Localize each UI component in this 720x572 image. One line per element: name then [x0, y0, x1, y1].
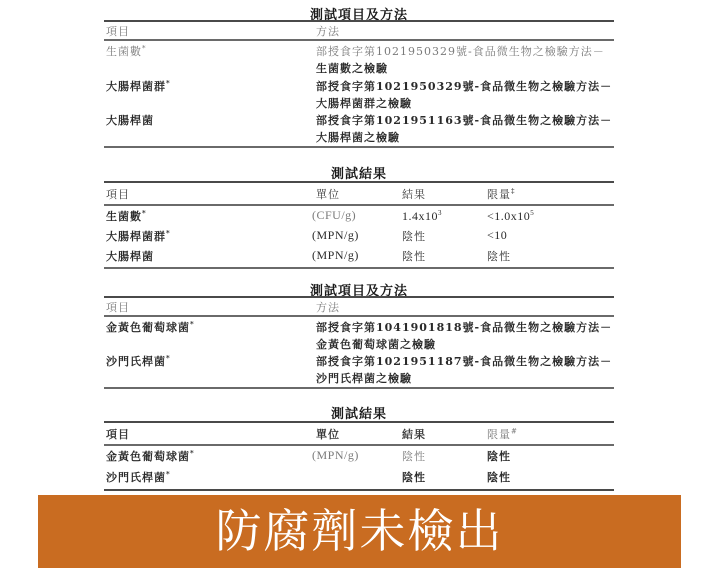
table1-row-method-line2: 大腸桿菌群之檢驗: [316, 95, 412, 111]
table1-row-method-line2: 大腸桿菌之檢驗: [316, 129, 400, 145]
table4-row-item: 金黃色葡萄球菌*: [106, 448, 195, 464]
table2-row-limit: 陰性: [487, 248, 511, 264]
table2-header-limit: 限量‡: [487, 186, 516, 202]
table3-top-rule: [104, 296, 614, 298]
table4-header-item: 項目: [106, 426, 130, 442]
table1-header-item: 項目: [106, 23, 130, 39]
table2-row-item: 生菌數*: [106, 208, 147, 224]
preservative-not-detected-banner: 防腐劑未檢出: [38, 495, 681, 568]
table3-row-method-line2: 沙門氏桿菌之檢驗: [316, 370, 412, 386]
table4-row-item: 沙門氏桿菌*: [106, 469, 171, 485]
table4-row-result: 陰性: [402, 448, 426, 464]
table4-header-unit: 單位: [316, 426, 340, 442]
table4-top-rule: [104, 421, 614, 423]
table3-header-item: 項目: [106, 299, 130, 315]
table2-header-rule: [104, 204, 614, 206]
table4-header-rule: [104, 444, 614, 446]
table2-row-item: 大腸桿菌: [106, 248, 154, 264]
table3-header-rule: [104, 315, 614, 317]
table1-row-method-line1: 部授食字第1021950329號-食品微生物之檢驗方法－: [316, 78, 612, 94]
table4-row-result: 陰性: [402, 469, 426, 485]
table2-row-item: 大腸桿菌群*: [106, 228, 171, 244]
table1-row-item: 大腸桿菌: [106, 112, 154, 128]
table2-row-result: 陰性: [402, 228, 426, 244]
table4-bottom-rule: [104, 489, 614, 491]
table2-row-limit: <10: [487, 228, 507, 243]
table4-row-limit: 陰性: [487, 469, 511, 485]
table2-row-limit: <1.0x105: [487, 209, 534, 224]
table2-title: 測試結果: [104, 163, 614, 182]
table4-header-result: 結果: [402, 426, 426, 442]
banner-text: 防腐劑未檢出: [216, 508, 504, 554]
table3-row-method-line2: 金黃色葡萄球菌之檢驗: [316, 336, 436, 352]
table1-row-method-line1: 部授食字第1021950329號-食品微生物之檢驗方法－: [316, 43, 605, 59]
table1-header-method: 方法: [316, 23, 340, 39]
table2-row-result: 1.4x103: [402, 209, 442, 224]
table2-bottom-rule: [104, 267, 614, 269]
table4-row-limit: 陰性: [487, 448, 511, 464]
table1-header-rule: [104, 39, 614, 41]
table3-row-item: 沙門氏桿菌*: [106, 353, 171, 369]
table2-header-unit: 單位: [316, 186, 340, 202]
table2-top-rule: [104, 181, 614, 183]
table1-row-item: 生菌數*: [106, 43, 147, 59]
table3-header-method: 方法: [316, 299, 340, 315]
table1-row-item: 大腸桿菌群*: [106, 78, 171, 94]
table1-row-method-line2: 生菌數之檢驗: [316, 60, 388, 76]
table1-top-rule: [104, 20, 614, 22]
table4-title: 測試結果: [104, 403, 614, 422]
table2-row-unit: (MPN/g): [312, 248, 359, 263]
table3-row-item: 金黃色葡萄球菌*: [106, 319, 195, 335]
table4-header-limit: 限量#: [487, 426, 518, 442]
table3-row-method-line1: 部授食字第1021951187號-食品微生物之檢驗方法－: [316, 353, 612, 369]
table1-row-method-line1: 部授食字第1021951163號-食品微生物之檢驗方法－: [316, 112, 612, 128]
table2-row-unit: (CFU/g): [312, 208, 356, 223]
table2-header-item: 項目: [106, 186, 130, 202]
table3-row-method-line1: 部授食字第1041901818號-食品微生物之檢驗方法－: [316, 319, 612, 335]
table4-row-unit: (MPN/g): [312, 448, 359, 463]
table3-bottom-rule: [104, 387, 614, 389]
table2-row-result: 陰性: [402, 248, 426, 264]
table2-row-unit: (MPN/g): [312, 228, 359, 243]
table1-bottom-rule: [104, 146, 614, 148]
table2-header-result: 結果: [402, 186, 426, 202]
